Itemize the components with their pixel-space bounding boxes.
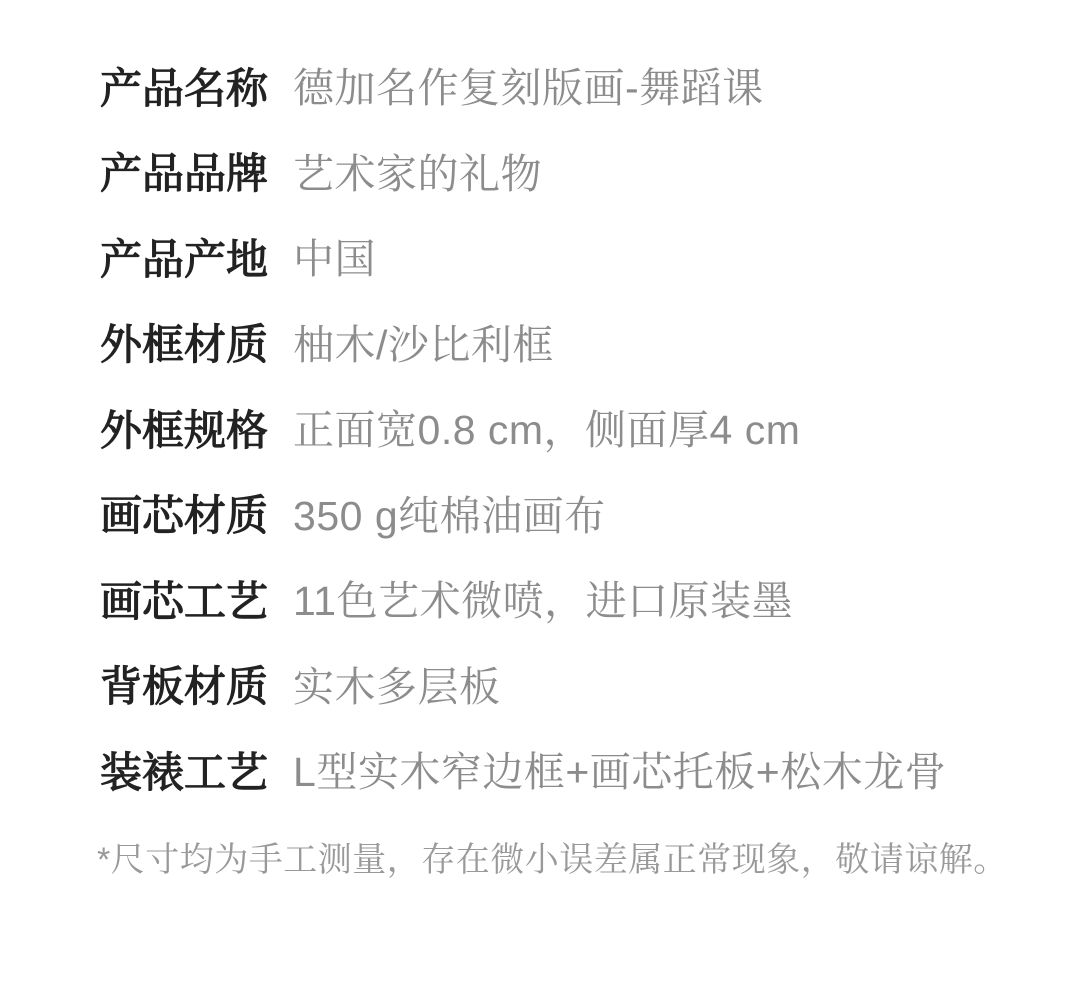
spec-label: 产品品牌 — [100, 153, 268, 195]
spec-value: 正面宽0.8 cm，侧面厚4 cm — [293, 410, 800, 451]
spec-label: 背板材质 — [100, 666, 268, 708]
spec-value: 11色艺术微喷，进口原装墨 — [293, 581, 793, 622]
spec-label: 装裱工艺 — [100, 752, 268, 794]
spec-value: L型实木窄边框+画芯托板+松木龙骨 — [293, 752, 946, 793]
spec-row: 装裱工艺 L型实木窄边框+画芯托板+松木龙骨 — [100, 730, 1040, 816]
spec-value: 柚木/沙比利框 — [293, 325, 554, 366]
spec-value: 德加名作复刻版画-舞蹈课 — [293, 68, 764, 109]
spec-value: 350 g纯棉油画布 — [293, 496, 606, 537]
spec-value: 中国 — [293, 239, 376, 280]
product-spec-sheet: 产品名称 德加名作复刻版画-舞蹈课 产品品牌 艺术家的礼物 产品产地 中国 外框… — [0, 0, 1080, 883]
spec-row: 外框规格 正面宽0.8 cm，侧面厚4 cm — [100, 388, 1040, 474]
spec-row: 产品名称 德加名作复刻版画-舞蹈课 — [100, 46, 1040, 132]
spec-label: 产品产地 — [100, 239, 268, 281]
spec-row: 产品品牌 艺术家的礼物 — [100, 132, 1040, 218]
spec-value: 实木多层板 — [293, 667, 501, 708]
spec-value: 艺术家的礼物 — [293, 154, 542, 195]
spec-label: 产品名称 — [100, 68, 268, 110]
spec-rows: 产品名称 德加名作复刻版画-舞蹈课 产品品牌 艺术家的礼物 产品产地 中国 外框… — [100, 46, 1040, 816]
spec-row: 产品产地 中国 — [100, 217, 1040, 303]
spec-row: 画芯工艺 11色艺术微喷，进口原装墨 — [100, 559, 1040, 645]
spec-label: 画芯材质 — [100, 495, 268, 537]
spec-label: 画芯工艺 — [100, 581, 268, 623]
spec-row: 外框材质 柚木/沙比利框 — [100, 303, 1040, 389]
spec-label: 外框材质 — [100, 324, 268, 366]
spec-row: 背板材质 实木多层板 — [100, 645, 1040, 731]
spec-row: 画芯材质 350 g纯棉油画布 — [100, 474, 1040, 560]
spec-label: 外框规格 — [100, 410, 268, 452]
measurement-disclaimer: *尺寸均为手工测量，存在微小误差属正常现象，敬请谅解。 — [97, 837, 1040, 883]
